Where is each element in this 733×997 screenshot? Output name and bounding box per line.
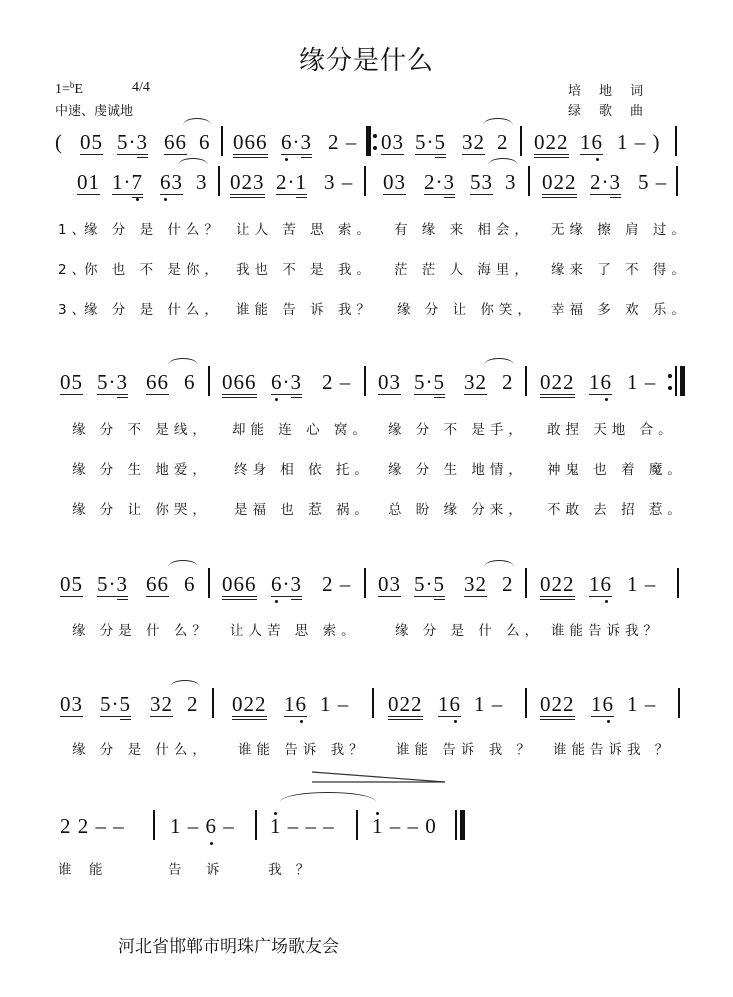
note-hold: 1 – <box>627 370 656 394</box>
barline <box>364 366 366 396</box>
note: 6 <box>184 572 196 596</box>
tempo-marking: 中速、虔诚地 <box>55 100 133 119</box>
lyric-phrase: 谁能告诉我 ？ <box>553 738 673 758</box>
composer-credit: 绿歌曲 <box>568 100 661 119</box>
note: 1 – <box>170 814 206 838</box>
lyric-word: 谁 <box>58 858 77 878</box>
lyric-phrase: 缘 分 让 你哭， <box>72 498 211 518</box>
notation-line-2: 01 1·7 63 3 023 2·1 3 – 03 2·3 53 3 022 … <box>0 164 733 204</box>
lyric-phrase: 缘 分 是 什么， <box>72 738 211 758</box>
note: 2 <box>502 572 514 596</box>
lyric-phrase: 缘 分 不 是线， <box>72 418 211 438</box>
note-hold: – – 0 <box>384 814 437 838</box>
barline <box>221 126 223 156</box>
note-group: 1 – – – <box>270 814 335 838</box>
lyricist-credit: 培地词 <box>568 80 661 99</box>
note-group: 022 <box>540 370 575 398</box>
slur <box>168 560 198 574</box>
low-note: 6 <box>206 814 218 838</box>
note: 2 <box>502 370 514 394</box>
tie <box>280 792 376 812</box>
note-group: 32 <box>464 370 487 395</box>
note-hold: 2 – <box>322 370 351 394</box>
note-group: 2·3 <box>424 170 455 198</box>
note-group: 05 <box>60 370 83 395</box>
lyric-phrase: 茫 茫 人 海里， <box>394 258 533 278</box>
lyric-phrase: 我也 不 是 我。 <box>236 258 375 278</box>
note-group: 5·5 <box>415 130 446 158</box>
notation-line-1: ( 05 5·3 66 6 066 6·3 2 – 03 5·5 32 2 02… <box>0 124 733 164</box>
note-group: 6·3 <box>271 370 302 398</box>
lyric-phrase: 却能 连 心 窝。 <box>232 418 371 438</box>
lyric-phrase: 你 也 不 是你， <box>84 258 223 278</box>
repeat-dots <box>373 134 377 150</box>
note: 2 <box>497 130 509 154</box>
note-group: 5·5 <box>414 572 445 600</box>
note: 2 <box>187 692 199 716</box>
lyric-word: 能 <box>89 858 108 878</box>
notation-line-4: 05 5·3 66 6 066 6·3 2 – 03 5·5 32 2 022 … <box>0 566 733 606</box>
note-hold: 1 – <box>627 692 656 716</box>
note-group: 66 <box>146 572 169 597</box>
lyric-phrase: 缘 分 生 地爱， <box>72 458 211 478</box>
lyric-phrase: 缘 分 生 地情， <box>388 458 527 478</box>
barline <box>218 166 220 196</box>
lyric-phrase: 谁能 告 诉 我？ <box>236 298 375 318</box>
note-group: 066 <box>222 572 257 600</box>
high-note: 1 <box>270 814 282 838</box>
note-group: 16 <box>438 692 461 717</box>
barline <box>520 126 522 156</box>
slur <box>168 358 198 372</box>
note-group: 16 <box>580 130 603 155</box>
note-group: 32 <box>150 692 173 717</box>
note-group: 2·3 <box>590 170 621 198</box>
note-hold: 1 – ) <box>617 130 661 154</box>
key-prefix: 1= <box>55 82 70 97</box>
note: 6 <box>184 370 196 394</box>
lyric-word: 告 <box>168 858 187 878</box>
lyric-phrase: 神鬼 也 着 魔。 <box>547 458 686 478</box>
lyric-phrase: 是福 也 惹 祸。 <box>234 498 373 518</box>
barline <box>677 568 679 598</box>
note-group: 5·3 <box>117 130 148 158</box>
slur <box>170 680 200 694</box>
note-hold: 1 – <box>627 572 656 596</box>
barline <box>356 810 358 840</box>
slur <box>183 118 211 132</box>
song-title: 缘分是什么 <box>0 40 733 77</box>
note-group: 66 <box>164 130 187 155</box>
lyric-phrase: 让人苦 思 索。 <box>230 619 360 639</box>
note-group: 03 <box>383 170 406 195</box>
final-barline-thick <box>460 810 465 840</box>
time-signature: 4/4 <box>132 80 150 96</box>
barline <box>364 166 366 196</box>
slur <box>178 158 208 172</box>
note-group: 2·1 <box>276 170 307 198</box>
key-note: E <box>74 82 83 97</box>
note-group: 023 <box>230 170 265 198</box>
barline <box>153 810 155 840</box>
lyric-phrase: 总 盼 缘 分来， <box>388 498 527 518</box>
note-group: 022 <box>388 692 423 720</box>
note: 6 <box>199 130 211 154</box>
note-hold: 2 – <box>328 130 357 154</box>
note-group: 066 <box>222 370 257 398</box>
note-group: 6·3 <box>281 130 312 158</box>
note-group: 2 2 – – <box>60 814 125 838</box>
barline <box>678 688 680 718</box>
barline <box>528 166 530 196</box>
lyric-phrase: 谁能 告诉 我？ <box>238 738 368 758</box>
note-group: 01 <box>77 170 100 195</box>
notation-line-6: 2 2 – – 1 – 6 – 1 – – – 1 – – 0 <box>0 808 733 848</box>
note-group: 16 <box>589 572 612 597</box>
note-group: 5·3 <box>97 370 128 398</box>
note-group: 022 <box>232 692 267 720</box>
barline <box>364 568 366 598</box>
note-group: 5·5 <box>100 692 131 720</box>
lyric-phrase: 缘来 了 不 得。 <box>551 258 690 278</box>
open-paren: ( <box>55 130 63 154</box>
note-group: 1·7 <box>112 170 143 198</box>
note-group: 32 <box>464 572 487 597</box>
note-hold: 1 – <box>320 692 349 716</box>
note-group: 16 <box>284 692 307 717</box>
note-hold: 5 – <box>638 170 667 194</box>
note-hold: 3 – <box>324 170 353 194</box>
note-group: 03 <box>381 130 404 155</box>
lyric-phrase: 无缘 擦 肩 过。 <box>551 218 690 238</box>
note-group: 66 <box>146 370 169 395</box>
slur <box>484 560 514 574</box>
note-group: 022 <box>542 170 577 198</box>
lyric-phrase: 终身 相 依 托。 <box>234 458 373 478</box>
decrescendo-hairpin <box>310 770 450 786</box>
note-group: 03 <box>378 370 401 395</box>
key-signature: 1=bE <box>55 80 83 98</box>
notation-line-3: 05 5·3 66 6 066 6·3 2 – 03 5·5 32 2 022 … <box>0 364 733 404</box>
notation-line-5: 03 5·5 32 2 022 16 1 – 022 16 1 – 022 16… <box>0 686 733 726</box>
repeat-end-barline-thick <box>680 366 685 396</box>
note-group: 03 <box>378 572 401 597</box>
lyric-phrase: 敢捏 天地 合。 <box>547 418 677 438</box>
note-group: 022 <box>540 572 575 600</box>
barline <box>525 366 527 396</box>
barline <box>208 366 210 396</box>
note-hold: 2 – <box>322 572 351 596</box>
lyric-phrase: 缘 分是 什 么？ <box>72 619 211 639</box>
repeat-end-barline <box>675 366 677 396</box>
note-group: 5·3 <box>97 572 128 600</box>
note-group: 6·3 <box>271 572 302 600</box>
note-group: 1 – – 0 <box>372 814 437 838</box>
note: 3 <box>505 170 517 194</box>
barline <box>675 126 677 156</box>
barline <box>525 688 527 718</box>
lyric-phrase: 有 缘 来 相会， <box>394 218 533 238</box>
note: 3 <box>196 170 208 194</box>
footer-credit: 河北省邯郸市明珠广场歌友会 <box>118 932 339 957</box>
note-group: 5·5 <box>414 370 445 398</box>
high-note: 1 <box>372 814 384 838</box>
slur <box>488 158 518 172</box>
lyric-phrase: 缘 分 不 是手， <box>388 418 527 438</box>
repeat-dots <box>668 374 672 390</box>
lyric-phrase: 谁能告诉我？ <box>551 619 662 639</box>
lyric-word: 我 ？ <box>268 858 314 878</box>
note-group: 066 <box>233 130 268 158</box>
barline <box>212 688 214 718</box>
note-group: 16 <box>589 370 612 395</box>
slur <box>484 358 514 372</box>
lyric-phrase: 幸福 多 欢 乐。 <box>551 298 690 318</box>
note-hold: 1 – <box>474 692 503 716</box>
lyric-phrase: 缘 分 是 什么？ <box>84 218 223 238</box>
note-group: 03 <box>60 692 83 717</box>
barline <box>372 688 374 718</box>
barline <box>525 568 527 598</box>
note-group: 05 <box>60 572 83 597</box>
lyric-phrase: 缘 分 是 什么， <box>84 298 223 318</box>
lyric-phrase: 缘 分 让 你笑， <box>397 298 536 318</box>
note-group: 53 <box>470 170 493 195</box>
note-hold: – – – <box>282 814 335 838</box>
note-group: 022 <box>534 130 569 158</box>
note-group: 63 <box>160 170 183 195</box>
lyric-phrase: 缘 分 是 什 么， <box>395 619 543 639</box>
lyric-phrase: 不敢 去 招 惹。 <box>547 498 686 518</box>
barline <box>255 810 257 840</box>
barline <box>676 166 678 196</box>
note-group: 05 <box>80 130 103 155</box>
note-hold: – <box>217 814 235 838</box>
note-group: 32 <box>462 130 485 155</box>
final-barline <box>455 810 457 840</box>
barline <box>208 568 210 598</box>
repeat-start-barline <box>366 126 371 156</box>
lyric-phrase: 让人 苦 思 索。 <box>236 218 375 238</box>
note-group: 1 – 6 – <box>170 814 235 838</box>
note-group: 16 <box>591 692 614 717</box>
lyric-phrase: 谁能 告诉 我 ？ <box>396 738 535 758</box>
note-group: 022 <box>540 692 575 720</box>
lyric-word: 诉 <box>206 858 225 878</box>
slur <box>483 118 513 132</box>
